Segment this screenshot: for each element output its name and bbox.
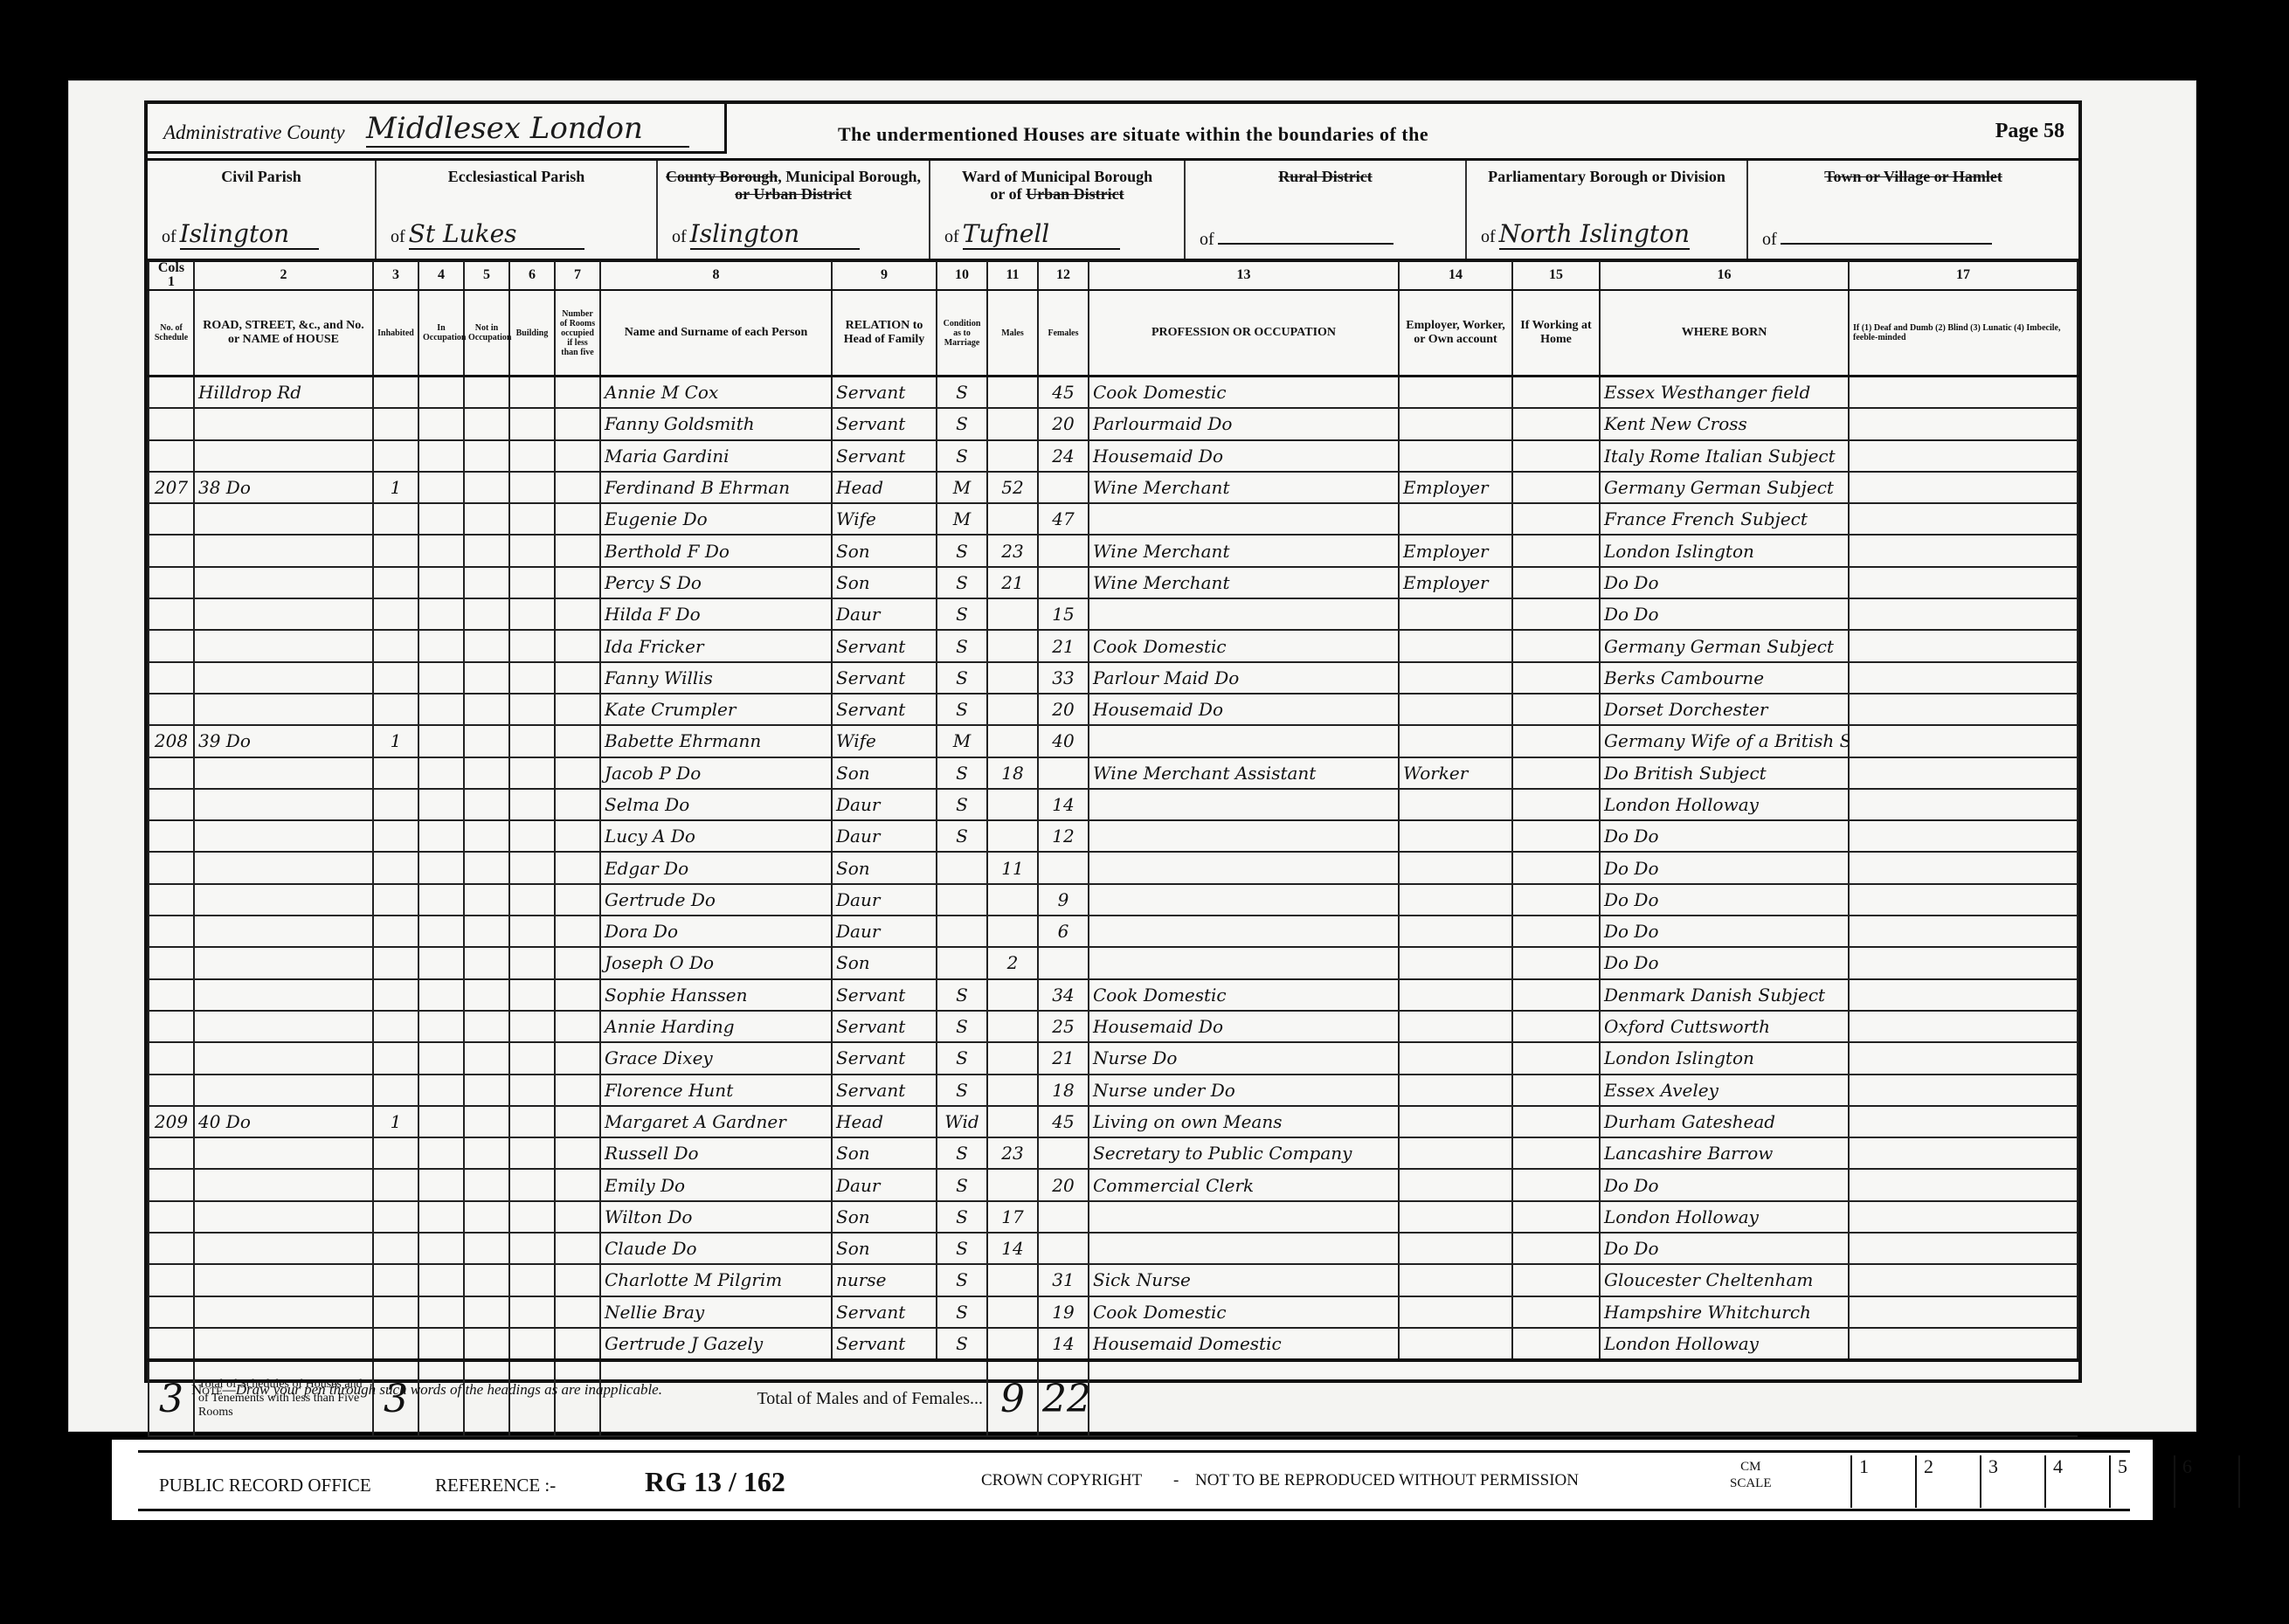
relation: Servant: [832, 1075, 937, 1106]
employment-status: [1399, 884, 1512, 916]
relation: Daur: [832, 820, 937, 852]
building: [509, 662, 555, 694]
marital-condition: S: [937, 1328, 987, 1360]
in-occupation: [418, 725, 464, 757]
marital-condition: S: [937, 1233, 987, 1264]
in-occupation: [418, 884, 464, 916]
in-occupation: [418, 1042, 464, 1074]
employment-status: [1399, 1137, 1512, 1169]
not-in-occupation: [464, 1106, 509, 1137]
working-at-home: [1512, 820, 1600, 852]
male-age: 18: [987, 757, 1038, 789]
area-of: ofTufnell: [944, 219, 1170, 250]
employment-status: [1399, 440, 1512, 472]
in-occupation: [418, 820, 464, 852]
road-name: [194, 440, 373, 472]
heading-age-females: Females: [1038, 290, 1089, 377]
footer-rule-bottom: [138, 1509, 2130, 1511]
infirmity: [1849, 662, 2078, 694]
inhabited-count: [373, 789, 418, 820]
not-in-occupation: [464, 1075, 509, 1106]
occupation: [1089, 725, 1399, 757]
relation: Son: [832, 947, 937, 978]
birthplace: Germany German Subject: [1600, 630, 1849, 661]
road-name: [194, 884, 373, 916]
marital-condition: S: [937, 440, 987, 472]
table-row: 20738 Do1Ferdinand B EhrmanHeadM52Wine M…: [149, 472, 2078, 503]
road-name: [194, 757, 373, 789]
marital-condition: S: [937, 979, 987, 1011]
col-number: 16: [1600, 261, 1849, 290]
occupation: [1089, 884, 1399, 916]
in-occupation: [418, 1233, 464, 1264]
not-in-occupation: [464, 598, 509, 630]
person-name: Selma Do: [600, 789, 832, 820]
road-name: [194, 598, 373, 630]
building: [509, 1328, 555, 1360]
in-occupation: [418, 598, 464, 630]
in-occupation: [418, 567, 464, 598]
schedule-number: [149, 1011, 194, 1042]
schedule-number: [149, 567, 194, 598]
female-age: 15: [1038, 598, 1089, 630]
infirmity: [1849, 1296, 2078, 1328]
table-row: Edgar DoSon11Do Do: [149, 852, 2078, 883]
occupation: Housemaid Do: [1089, 1011, 1399, 1042]
male-age: [987, 1264, 1038, 1296]
schedule-number: [149, 694, 194, 725]
infirmity: [1849, 725, 2078, 757]
birthplace: Essex Aveley: [1600, 1075, 1849, 1106]
rooms-count: [555, 979, 600, 1011]
employment-status: Employer: [1399, 567, 1512, 598]
not-in-occupation: [464, 1328, 509, 1360]
employment-status: [1399, 979, 1512, 1011]
male-age: [987, 916, 1038, 947]
relation: nurse: [832, 1264, 937, 1296]
person-name: Margaret A Gardner: [600, 1106, 832, 1137]
inhabited-count: [373, 947, 418, 978]
employment-status: [1399, 1169, 1512, 1200]
in-occupation: [418, 1011, 464, 1042]
cm-scale-label: CMSCALE: [1730, 1459, 1772, 1492]
inhabited-count: 1: [373, 472, 418, 503]
female-age: [1038, 1233, 1089, 1264]
female-age: 12: [1038, 820, 1089, 852]
marital-condition: M: [937, 503, 987, 535]
marital-condition: M: [937, 472, 987, 503]
page-number-value: 58: [2044, 120, 2064, 142]
rooms-count: [555, 916, 600, 947]
occupation: Cook Domestic: [1089, 630, 1399, 661]
inhabited-count: [373, 1233, 418, 1264]
marital-condition: S: [937, 1264, 987, 1296]
infirmity: [1849, 408, 2078, 439]
rooms-count: [555, 694, 600, 725]
empty-cell: [1089, 1360, 2078, 1436]
building: [509, 598, 555, 630]
relation: Servant: [832, 630, 937, 661]
person-name: Jacob P Do: [600, 757, 832, 789]
heading-infirmity: If (1) Deaf and Dumb (2) Blind (3) Lunat…: [1849, 290, 2078, 377]
area-parliamentary-borough: Parliamentary Borough or Division ofNort…: [1467, 161, 1748, 259]
heading-occupation: PROFESSION OR OCCUPATION: [1089, 290, 1399, 377]
road-name: [194, 1042, 373, 1074]
female-age: [1038, 472, 1089, 503]
birthplace: Hampshire Whitchurch: [1600, 1296, 1849, 1328]
in-occupation: [418, 535, 464, 566]
birthplace: Germany Wife of a British Subject: [1600, 725, 1849, 757]
road-name: [194, 503, 373, 535]
building: [509, 884, 555, 916]
occupation: Wine Merchant: [1089, 535, 1399, 566]
occupation: Housemaid Do: [1089, 694, 1399, 725]
occupation: Cook Domestic: [1089, 377, 1399, 409]
female-age: 31: [1038, 1264, 1089, 1296]
female-age: [1038, 535, 1089, 566]
marital-condition: S: [937, 1075, 987, 1106]
rooms-count: [555, 1201, 600, 1233]
not-in-occupation: [464, 916, 509, 947]
scale-tick: 3: [1980, 1455, 2044, 1508]
male-age: [987, 1011, 1038, 1042]
schedule-number: [149, 1042, 194, 1074]
not-in-occupation: [464, 820, 509, 852]
occupation: [1089, 916, 1399, 947]
employment-status: [1399, 408, 1512, 439]
relation: Son: [832, 1201, 937, 1233]
rooms-count: [555, 1042, 600, 1074]
female-age: [1038, 947, 1089, 978]
occupation: Wine Merchant: [1089, 567, 1399, 598]
infirmity: [1849, 1328, 2078, 1360]
relation: Wife: [832, 503, 937, 535]
female-age: 33: [1038, 662, 1089, 694]
relation: Son: [832, 757, 937, 789]
employment-status: [1399, 630, 1512, 661]
col-number: 13: [1089, 261, 1399, 290]
schedule-number: [149, 440, 194, 472]
person-name: Dora Do: [600, 916, 832, 947]
person-name: Eugenie Do: [600, 503, 832, 535]
not-in-occupation: [464, 757, 509, 789]
not-in-occupation: [464, 662, 509, 694]
schedule-number: [149, 757, 194, 789]
heading-age-males: Males: [987, 290, 1038, 377]
building: [509, 1233, 555, 1264]
in-occupation: [418, 1296, 464, 1328]
marital-condition: S: [937, 789, 987, 820]
road-name: [194, 1328, 373, 1360]
area-of: of: [1762, 230, 2064, 250]
area-value: [1218, 243, 1394, 245]
marital-condition: [937, 947, 987, 978]
infirmity: [1849, 440, 2078, 472]
rooms-count: [555, 725, 600, 757]
relation: Head: [832, 1106, 937, 1137]
occupation: Cook Domestic: [1089, 979, 1399, 1011]
not-in-occupation: [464, 503, 509, 535]
area-of: ofIslington: [162, 219, 361, 250]
census-page: Administrative County Middlesex London T…: [68, 80, 2196, 1432]
occupation: [1089, 852, 1399, 883]
inhabited-count: [373, 1042, 418, 1074]
working-at-home: [1512, 440, 1600, 472]
working-at-home: [1512, 630, 1600, 661]
building: [509, 1201, 555, 1233]
infirmity: [1849, 884, 2078, 916]
marital-condition: S: [937, 757, 987, 789]
schedules-total: 3: [149, 1360, 194, 1436]
col-number: 15: [1512, 261, 1600, 290]
not-in-occupation: [464, 947, 509, 978]
struck-text: Urban District: [1026, 185, 1124, 203]
table-row: Lucy A DoDaurS12Do Do: [149, 820, 2078, 852]
schedule-number: [149, 1296, 194, 1328]
building: [509, 1011, 555, 1042]
building: [509, 1296, 555, 1328]
form-note: Note—Draw your pen through such words of…: [191, 1381, 662, 1399]
in-occupation: [418, 472, 464, 503]
occupation: Wine Merchant Assistant: [1089, 757, 1399, 789]
in-occupation: [418, 1201, 464, 1233]
heading-where-born: WHERE BORN: [1600, 290, 1849, 377]
working-at-home: [1512, 694, 1600, 725]
marital-condition: S: [937, 820, 987, 852]
infirmity: [1849, 1137, 2078, 1169]
census-rows: Hilldrop RdAnnie M CoxServantS45Cook Dom…: [149, 377, 2078, 1361]
occupation: Sick Nurse: [1089, 1264, 1399, 1296]
person-name: Babette Ehrmann: [600, 725, 832, 757]
person-name: Grace Dixey: [600, 1042, 832, 1074]
schedule-number: [149, 852, 194, 883]
infirmity: [1849, 535, 2078, 566]
table-row: Sophie HanssenServantS34Cook DomesticDen…: [149, 979, 2078, 1011]
birthplace: Oxford Cuttsworth: [1600, 1011, 1849, 1042]
rooms-count: [555, 1233, 600, 1264]
occupation: Housemaid Do: [1089, 440, 1399, 472]
inhabited-count: [373, 1201, 418, 1233]
road-name: [194, 1075, 373, 1106]
person-name: Nellie Bray: [600, 1296, 832, 1328]
in-occupation: [418, 630, 464, 661]
rooms-count: [555, 852, 600, 883]
heading-not-in-occupation: Not in Occupation: [464, 290, 509, 377]
rooms-count: [555, 567, 600, 598]
birthplace: Italy Rome Italian Subject: [1600, 440, 1849, 472]
inhabited-count: [373, 503, 418, 535]
record-office-label: PUBLIC RECORD OFFICE: [159, 1475, 371, 1496]
column-numbers-row: Cols 1 2 3 4 5 6 7 8 9 10 11 12 13 14: [149, 261, 2078, 290]
working-at-home: [1512, 662, 1600, 694]
area-label: Civil Parish: [148, 168, 375, 185]
female-age: 21: [1038, 1042, 1089, 1074]
male-age: [987, 440, 1038, 472]
admin-county-box: Administrative County Middlesex London: [148, 104, 727, 154]
rooms-count: [555, 1075, 600, 1106]
heading-relation: RELATION to Head of Family: [832, 290, 937, 377]
employment-status: [1399, 820, 1512, 852]
table-row: Ida FrickerServantS21Cook DomesticGerman…: [149, 630, 2078, 661]
working-at-home: [1512, 472, 1600, 503]
road-name: [194, 630, 373, 661]
female-age: 45: [1038, 377, 1089, 409]
col-number: 5: [464, 261, 509, 290]
area-of: ofIslington: [672, 219, 915, 250]
relation: Servant: [832, 662, 937, 694]
female-age: [1038, 567, 1089, 598]
inhabited-count: [373, 662, 418, 694]
building: [509, 725, 555, 757]
occupation: Wine Merchant: [1089, 472, 1399, 503]
relation: Son: [832, 852, 937, 883]
person-name: Wilton Do: [600, 1201, 832, 1233]
male-age: [987, 884, 1038, 916]
occupation: Parlourmaid Do: [1089, 408, 1399, 439]
table-row: Joseph O DoSon2Do Do: [149, 947, 2078, 978]
infirmity: [1849, 1201, 2078, 1233]
birthplace: Do British Subject: [1600, 757, 1849, 789]
census-table: Cols 1 2 3 4 5 6 7 8 9 10 11 12 13 14: [148, 261, 2078, 1379]
road-name: 39 Do: [194, 725, 373, 757]
admin-county-label: Administrative County: [163, 121, 345, 144]
birthplace: Do Do: [1600, 884, 1849, 916]
female-age: 45: [1038, 1106, 1089, 1137]
schedule-number: [149, 1075, 194, 1106]
employment-status: [1399, 662, 1512, 694]
area-value: [1781, 243, 1992, 245]
building: [509, 567, 555, 598]
male-age: 11: [987, 852, 1038, 883]
schedule-number: [149, 598, 194, 630]
administrative-areas: Civil Parish ofIslington Ecclesiastical …: [148, 158, 2078, 262]
occupation: [1089, 1201, 1399, 1233]
birthplace: Do Do: [1600, 852, 1849, 883]
inhabited-count: [373, 440, 418, 472]
working-at-home: [1512, 947, 1600, 978]
working-at-home: [1512, 1328, 1600, 1360]
area-municipal-borough: County Borough, Municipal Borough, or Ur…: [658, 161, 930, 259]
person-name: Annie Harding: [600, 1011, 832, 1042]
females-total: 22: [1038, 1360, 1089, 1436]
heading-rooms: Number of Rooms occupied if less than fi…: [555, 290, 600, 377]
male-age: [987, 789, 1038, 820]
inhabited-count: [373, 820, 418, 852]
reference-value: RG 13 / 162: [645, 1466, 785, 1498]
schedule-number: [149, 1169, 194, 1200]
in-occupation: [418, 852, 464, 883]
in-occupation: [418, 1328, 464, 1360]
occupation: [1089, 503, 1399, 535]
birthplace: Do Do: [1600, 916, 1849, 947]
area-of: ofSt Lukes: [391, 219, 642, 250]
rooms-count: [555, 1296, 600, 1328]
male-age: [987, 598, 1038, 630]
female-age: 18: [1038, 1075, 1089, 1106]
employment-status: [1399, 852, 1512, 883]
building: [509, 947, 555, 978]
area-label: Ecclesiastical Parish: [377, 168, 656, 185]
road-name: [194, 979, 373, 1011]
scale-label-2: SCALE: [1730, 1476, 1772, 1490]
working-at-home: [1512, 503, 1600, 535]
road-name: [194, 1011, 373, 1042]
employment-status: [1399, 377, 1512, 409]
birthplace: London Islington: [1600, 1042, 1849, 1074]
not-in-occupation: [464, 1233, 509, 1264]
employment-status: [1399, 598, 1512, 630]
male-age: [987, 1042, 1038, 1074]
schedule-number: [149, 1201, 194, 1233]
col-number: 4: [418, 261, 464, 290]
in-occupation: [418, 947, 464, 978]
female-age: 6: [1038, 916, 1089, 947]
employment-status: [1399, 1201, 1512, 1233]
rooms-count: [555, 1169, 600, 1200]
not-in-occupation: [464, 694, 509, 725]
schedule-number: [149, 884, 194, 916]
page-number: Page 58: [1995, 120, 2064, 143]
table-row: Gertrude DoDaur9Do Do: [149, 884, 2078, 916]
census-form: Administrative County Middlesex London T…: [144, 100, 2082, 1383]
employment-status: [1399, 947, 1512, 978]
not-in-occupation: [464, 408, 509, 439]
infirmity: [1849, 598, 2078, 630]
struck-text: County Borough: [666, 168, 778, 185]
marital-condition: S: [937, 1042, 987, 1074]
heading-name: Name and Surname of each Person: [600, 290, 832, 377]
birthplace: London Islington: [1600, 535, 1849, 566]
building: [509, 820, 555, 852]
relation: Servant: [832, 1011, 937, 1042]
rooms-count: [555, 1264, 600, 1296]
table-row: Florence HuntServantS18Nurse under DoEss…: [149, 1075, 2078, 1106]
males-total: 9: [987, 1360, 1038, 1436]
male-age: [987, 662, 1038, 694]
inhabited-count: [373, 1075, 418, 1106]
rooms-count: [555, 1106, 600, 1137]
employment-status: [1399, 725, 1512, 757]
col-number: 6: [509, 261, 555, 290]
female-age: 47: [1038, 503, 1089, 535]
occupation: [1089, 1233, 1399, 1264]
marital-condition: S: [937, 377, 987, 409]
road-name: [194, 535, 373, 566]
building: [509, 1137, 555, 1169]
person-name: Berthold F Do: [600, 535, 832, 566]
heading-inhabited: Inhabited: [373, 290, 418, 377]
rooms-count: [555, 535, 600, 566]
birthplace: Do Do: [1600, 820, 1849, 852]
relation: Servant: [832, 694, 937, 725]
road-name: [194, 916, 373, 947]
scale-tick: 6: [2174, 1455, 2238, 1508]
working-at-home: [1512, 1042, 1600, 1074]
female-age: 21: [1038, 630, 1089, 661]
infirmity: [1849, 1169, 2078, 1200]
relation: Son: [832, 1137, 937, 1169]
male-age: [987, 1328, 1038, 1360]
female-age: [1038, 757, 1089, 789]
rooms-count: [555, 757, 600, 789]
male-age: 21: [987, 567, 1038, 598]
not-in-occupation: [464, 440, 509, 472]
working-at-home: [1512, 916, 1600, 947]
occupation: Commercial Clerk: [1089, 1169, 1399, 1200]
infirmity: [1849, 979, 2078, 1011]
person-name: Maria Gardini: [600, 440, 832, 472]
birthplace: Berks Cambourne: [1600, 662, 1849, 694]
